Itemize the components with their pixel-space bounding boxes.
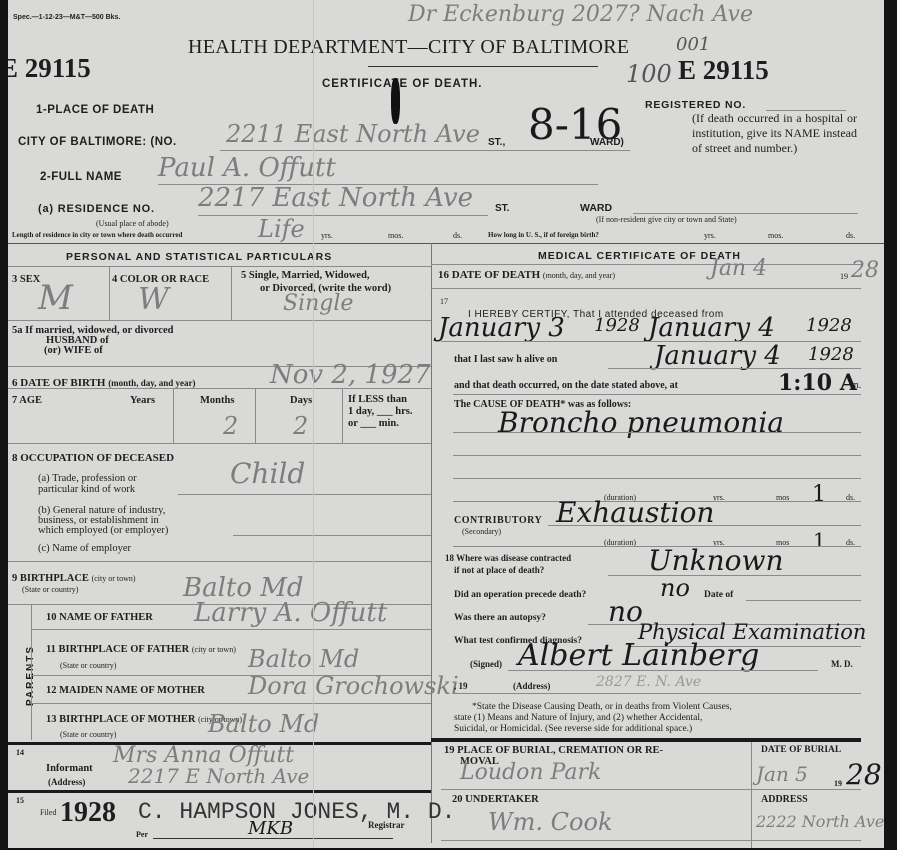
death-time-value: 1:10 A — [778, 370, 857, 396]
undertaker-line — [441, 840, 861, 841]
contributory-label: CONTRIBUTORY — [454, 515, 542, 526]
st-label: ST., — [488, 137, 505, 148]
less-than-label-1: If LESS than — [348, 394, 407, 405]
burial-line — [441, 789, 861, 790]
footnote-line-2: state (1) Means and Nature of Injury, an… — [454, 713, 864, 724]
contracted-label-2: if not at place of death? — [454, 565, 544, 575]
place-address-value: 2211 East North Ave — [226, 120, 480, 148]
medical-bottom-rule — [431, 738, 861, 742]
marital-label-1: 5 Single, Married, Widowed, — [241, 270, 370, 281]
spec-line: Spec.—1-12-23—M&T—500 Bks. — [13, 14, 120, 21]
duration-value: 1 — [812, 482, 826, 507]
page-title: HEALTH DEPARTMENT—CITY OF BALTIMORE — [188, 36, 629, 59]
mother-state-sub: (State or country) — [60, 730, 116, 739]
birthplace-label-text: 9 BIRTHPLACE — [12, 573, 89, 584]
father-birthplace-text: 11 BIRTHPLACE OF FATHER — [46, 644, 189, 655]
foreign-yrs-label: yrs. — [704, 231, 716, 240]
attended-to: January 4 — [648, 313, 775, 343]
certificate-subtitle: CERTIFICATE OF DEATH. — [322, 78, 482, 90]
death-certificate: Spec.—1-12-23—M&T—500 Bks. Dr Eckenburg … — [8, 0, 884, 848]
occupation-c-label: (c) Name of employer — [38, 543, 131, 554]
section-divider — [8, 243, 884, 244]
informant-num: 14 — [16, 748, 24, 757]
burial-year-prefix: 19 — [834, 779, 842, 788]
father-birthplace-label: 11 BIRTHPLACE OF FATHER (city or town) — [46, 644, 236, 655]
last-saw-year: 1928 — [808, 344, 854, 365]
dob-sub-label: (month, day, and year) — [108, 378, 195, 388]
dod-label-text: 16 DATE OF DEATH — [438, 269, 540, 281]
dod-label: 16 DATE OF DEATH (month, day, and year) — [438, 269, 615, 281]
informant-address-value: 2217 E North Ave — [128, 764, 309, 788]
last-saw-label: that I last saw h alive on — [454, 354, 557, 365]
filed-label: Filed — [40, 808, 56, 817]
row-line-4 — [8, 443, 431, 444]
sex-value: M — [38, 278, 73, 318]
nonresident-note: (If non-resident give city or town and S… — [596, 215, 737, 224]
footnote-line-1: *State the Disease Causing Death, or in … — [454, 702, 864, 713]
md-label: M. D. — [831, 659, 853, 669]
top-handwritten-note: Dr Eckenburg 2027? Nach Ave — [408, 2, 753, 27]
age-divider-2 — [255, 388, 256, 443]
per-initials: MKB — [248, 818, 293, 839]
column-divider — [431, 243, 432, 843]
operation-value: no — [660, 574, 690, 602]
race-value: W — [138, 282, 169, 317]
death-time-line — [453, 394, 861, 395]
less-than-label-2: 1 day, ___ hrs. — [348, 406, 412, 417]
foreign-ds-label: ds. — [846, 231, 855, 240]
residence-ward-line — [633, 213, 858, 214]
scan-border-left — [0, 0, 8, 850]
burial-divider — [751, 742, 752, 848]
months-value: 2 — [223, 412, 238, 440]
birthplace-sub2: (State or country) — [22, 585, 78, 594]
title-underline — [368, 66, 598, 67]
mother-name-label: 12 MAIDEN NAME OF MOTHER — [46, 685, 205, 696]
yrs-label: yrs. — [321, 231, 333, 240]
death-time-suffix: m. — [851, 380, 861, 391]
signed-label: (Signed) — [470, 659, 502, 669]
undertaker-value: Wm. Cook — [488, 808, 613, 836]
certificate-number-right: E 29115 — [678, 55, 769, 86]
father-birthplace-sub: (city or town) — [192, 645, 236, 654]
row-line-3 — [8, 388, 431, 389]
residence-label: (a) RESIDENCE NO. — [38, 203, 155, 215]
months-label: Months — [200, 395, 234, 406]
ward-label: WARD) — [590, 137, 624, 148]
dod-line — [431, 288, 861, 289]
city-label: CITY OF BALTIMORE: (NO. — [18, 136, 177, 148]
signer-address-line — [453, 693, 861, 694]
filed-num: 15 — [16, 796, 24, 805]
residence-value: 2217 East North Ave — [198, 183, 473, 213]
address-line — [220, 150, 630, 151]
signer-address-label: (Address) — [513, 681, 550, 691]
ds-label: ds. — [453, 231, 462, 240]
mother-birthplace-text: 13 BIRTHPLACE OF MOTHER — [46, 714, 195, 725]
occupation-b-line — [233, 535, 431, 536]
attended-line — [441, 341, 861, 342]
footnote-line-3: Suicidal, or Homicidal. (See reverse sid… — [454, 724, 864, 735]
paper-fold — [313, 0, 314, 848]
signer-address-value: 2827 E. N. Ave — [596, 674, 701, 690]
informant-label: Informant — [46, 763, 93, 774]
mos-label: mos. — [388, 231, 403, 240]
burial-place-label-1: 19 PLACE OF BURIAL, CREMATION OR RE- — [444, 745, 663, 756]
mother-name-value: Dora Grochowski — [248, 672, 459, 700]
informant-bottom-rule — [8, 790, 431, 793]
burial-place-value: Loudon Park — [460, 760, 601, 785]
occupation-a-value: Child — [230, 457, 305, 490]
residence-line — [198, 215, 488, 216]
personal-title-line — [8, 266, 431, 267]
spouse-label-3: (or) WIFE of — [44, 345, 103, 356]
race-divider — [231, 266, 232, 320]
stamp-top: 001 — [676, 34, 710, 55]
birthplace-sub1: (city or town) — [92, 574, 136, 583]
per-label: Per — [136, 830, 148, 839]
dod-sub-label: (month, day, and year) — [543, 271, 615, 280]
attended-from-year: 1928 — [594, 315, 640, 336]
full-name-label: 2-FULL NAME — [40, 171, 122, 183]
days-label: Days — [290, 395, 312, 406]
occupation-a-line — [178, 494, 431, 495]
cause-line-1 — [453, 432, 861, 433]
birthplace-label: 9 BIRTHPLACE (city or town) — [12, 573, 136, 584]
undertaker-label: 20 UNDERTAKER — [452, 794, 539, 805]
secondary-label: (Secondary) — [462, 527, 501, 536]
sex-label: 3 SEX — [12, 274, 40, 285]
marital-value: Single — [283, 291, 353, 316]
full-name-value: Paul A. Offutt — [158, 153, 336, 183]
sex-divider — [109, 266, 110, 320]
certificate-number-left: E 29115 — [8, 53, 91, 84]
age-divider-1 — [173, 388, 174, 443]
filed-year-stamp: 1928 — [60, 797, 116, 829]
occupation-b-label-3: which employed (or employer) — [38, 525, 168, 536]
footnote: *State the Disease Causing Death, or in … — [454, 702, 864, 735]
residence-ward-label: WARD — [580, 202, 612, 214]
length-of-residence-label: Length of residence in city or town wher… — [12, 231, 182, 239]
signature-value: Albert Lainberg — [518, 638, 759, 673]
registrar-stamp: C. HAMPSON JONES, M. D. — [138, 799, 455, 825]
registered-no-label: REGISTERED NO. — [645, 99, 746, 111]
less-than-label-3: or ___ min. — [348, 418, 399, 429]
personal-section-title: PERSONAL AND STATISTICAL PARTICULARS — [66, 251, 332, 263]
scan-border — [884, 0, 897, 850]
medical-title-line — [431, 264, 861, 265]
father-name-label: 10 NAME OF FATHER — [46, 612, 153, 623]
contracted-value: Unknown — [648, 544, 784, 577]
residence-sub-label: (Usual place of abode) — [96, 219, 169, 228]
burial-year-value: 28 — [846, 758, 882, 791]
age-label: 7 AGE — [12, 395, 42, 406]
ink-blot — [391, 78, 400, 124]
undertaker-address-value: 2222 North Ave — [756, 812, 884, 831]
cause-line-2 — [453, 455, 861, 456]
occupation-label: 8 OCCUPATION OF DECEASED — [12, 452, 174, 464]
contracted-label-1: 18 Where was disease contracted — [445, 553, 571, 563]
cause-line-3 — [453, 478, 861, 479]
signed-line — [508, 670, 818, 671]
dod-year-prefix: 19 — [840, 272, 848, 281]
informant-address-label: (Address) — [48, 777, 85, 787]
dod-value: Jan 4 — [710, 256, 767, 281]
contributory-line — [548, 525, 861, 526]
years-label: Years — [130, 395, 155, 406]
length-of-residence-value: Life — [258, 215, 305, 243]
burial-date-value: Jan 5 — [756, 762, 808, 786]
father-birthplace-value: Balto Md — [248, 645, 359, 673]
occupation-a-label-1: (a) Trade, profession or — [38, 473, 137, 484]
parents-divider — [31, 604, 32, 740]
operation-date-line — [746, 600, 861, 601]
attended-from: January 3 — [438, 313, 565, 343]
undertaker-address-label: ADDRESS — [761, 794, 808, 805]
dob-value: Nov 2, 1927 — [270, 360, 431, 390]
hospital-note: (If death occurred in a hospital or inst… — [692, 111, 857, 156]
certify-num: 17 — [440, 297, 448, 306]
dod-year: 28 — [851, 258, 879, 283]
per-line — [153, 838, 393, 839]
contrib-duration-value: 1 — [813, 528, 826, 552]
place-of-death-label: 1-PLACE OF DEATH — [36, 104, 154, 116]
father-line — [31, 629, 431, 630]
mother-line — [31, 703, 431, 704]
contracted-line — [608, 575, 861, 576]
days-value: 2 — [293, 412, 308, 440]
autopsy-label: Was there an autopsy? — [454, 613, 546, 623]
mother-birthplace-value: Balto Md — [208, 710, 319, 738]
occupation-a-label-2: particular kind of work — [38, 484, 135, 495]
residence-st-label: ST. — [495, 203, 509, 214]
last-saw-line — [608, 368, 861, 369]
signed-year-prefix: , 19 — [454, 681, 468, 691]
father-state-sub: (State or country) — [60, 661, 116, 670]
operation-label: Did an operation precede death? — [454, 590, 586, 600]
foreign-mos-label: mos. — [768, 231, 783, 240]
foreign-birth-label: How long in U. S., if of foreign birth? — [488, 231, 599, 239]
age-divider-3 — [342, 388, 343, 443]
cause-value: Broncho pneumonia — [498, 406, 784, 439]
stamp-prefix: 100 — [626, 60, 672, 88]
row-line-5 — [8, 561, 431, 562]
operation-date-label: Date of — [704, 590, 733, 600]
attended-to-year: 1928 — [806, 315, 852, 336]
death-time-label: and that death occurred, on the date sta… — [454, 380, 678, 391]
row-line-1 — [8, 320, 431, 321]
last-saw-value: January 4 — [654, 341, 781, 371]
father-name-value: Larry A. Offutt — [194, 598, 387, 628]
registrar-label: Registrar — [368, 820, 404, 830]
burial-date-label: DATE OF BURIAL — [761, 745, 841, 755]
